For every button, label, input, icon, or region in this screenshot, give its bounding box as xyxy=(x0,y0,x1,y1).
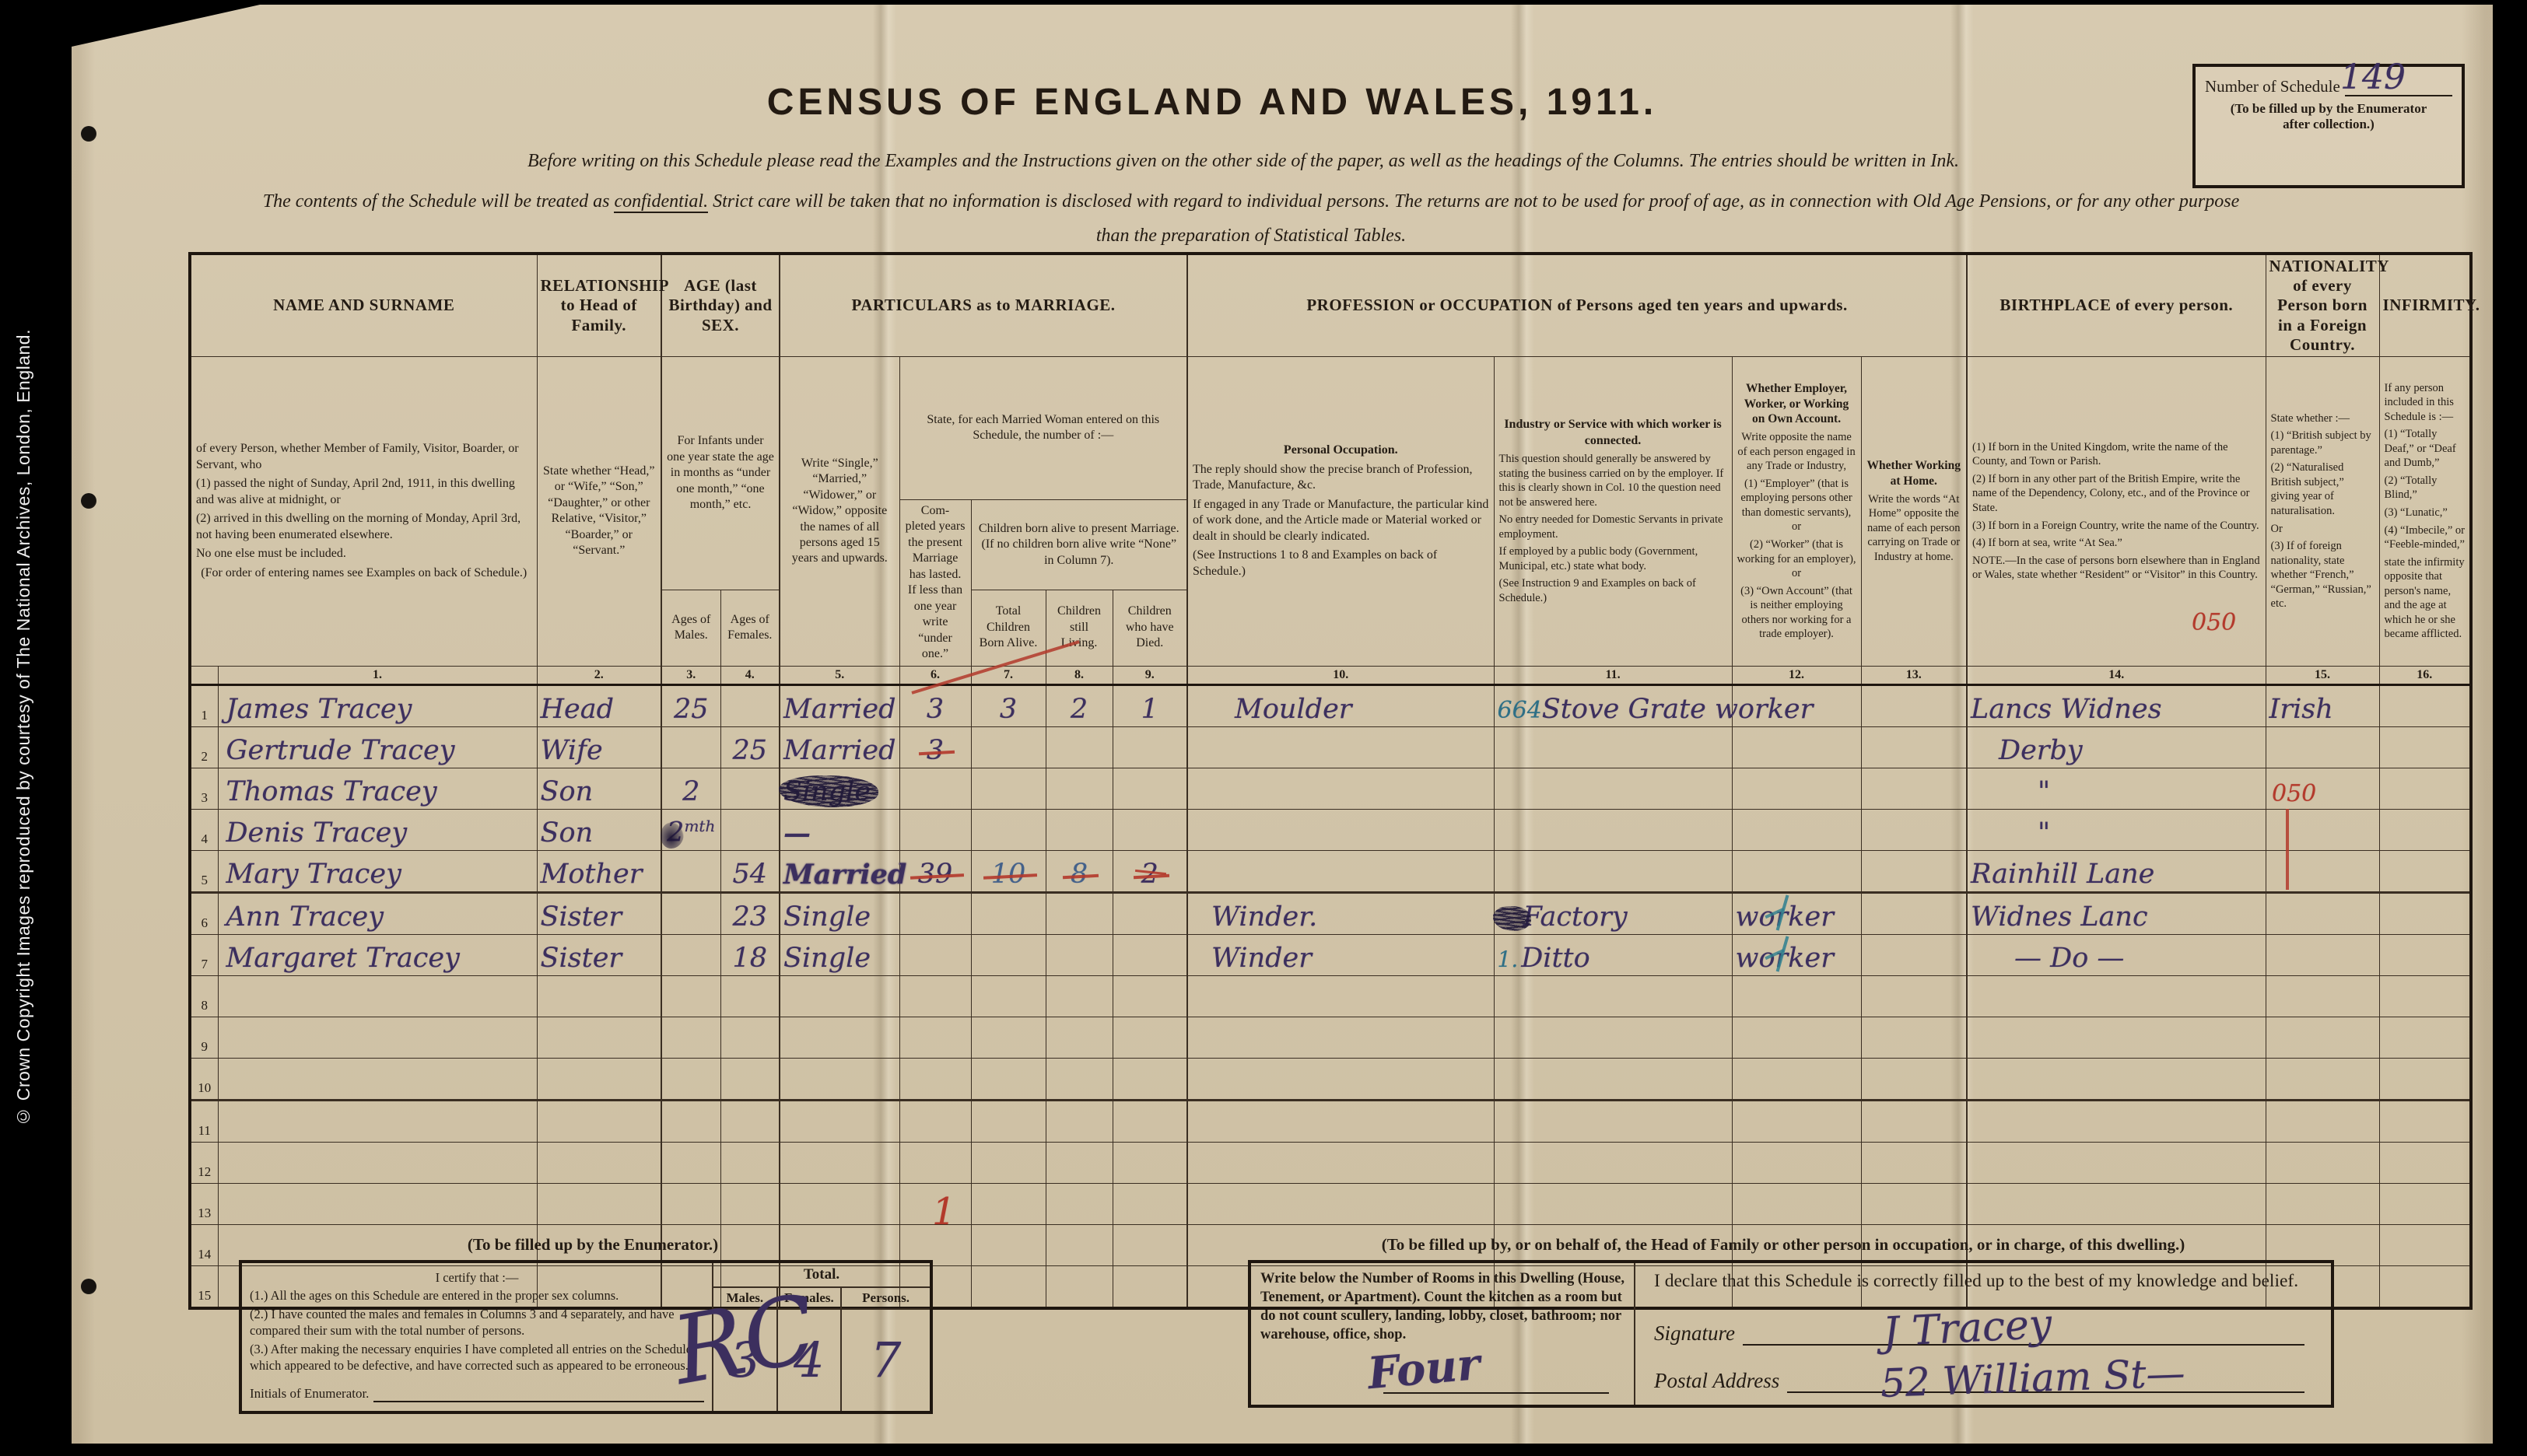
rooms-value[interactable]: Four xyxy=(1366,1342,1482,1395)
marital-entry: Married xyxy=(783,859,906,891)
census-table: NAME AND SURNAME RELATIONSHIP to Head of… xyxy=(188,252,2469,1310)
enumerator-box: I certify that :— (1.) All the ages on t… xyxy=(239,1260,933,1414)
children-born-instructions: Children born alive to present Marriage.… xyxy=(971,499,1187,590)
schedule-number-field[interactable]: 149 xyxy=(2345,75,2452,96)
clerk-code: 1. xyxy=(1498,947,1519,972)
table-row-empty[interactable]: 12 xyxy=(190,1142,2471,1183)
age-male-entry: 25 xyxy=(674,694,709,725)
instruction-line-3: than the preparation of Statistical Tabl… xyxy=(165,226,2337,247)
col-header-marriage-group: PARTICULARS as to MARRIAGE. xyxy=(780,254,1187,356)
schedule-note: (To be filled up by the Enumeratorafter … xyxy=(2205,101,2452,131)
personal-occupation-instructions: Personal Occupation. The reply should sh… xyxy=(1187,356,1494,666)
birthplace-entry: Rainhill Lane xyxy=(1971,859,2154,890)
marital-status-instructions: Write “Single,” “Married,” “Widower,” or… xyxy=(780,356,899,666)
col-header-birthplace: BIRTHPLACE of every person. xyxy=(1967,254,2266,356)
col-header-name: NAME AND SURNAME xyxy=(190,254,537,356)
schedule-number-box: Number of Schedule 149 (To be filled up … xyxy=(2192,64,2465,188)
table-row-empty[interactable]: 13 xyxy=(190,1183,2471,1224)
enumerator-initials: RC xyxy=(667,1283,822,1399)
rooms-instruction: Write below the Number of Rooms in this … xyxy=(1251,1263,1635,1405)
total-label: Total. xyxy=(713,1263,930,1288)
nationality-entry: Irish xyxy=(2269,694,2333,725)
table-row-empty[interactable]: 11 xyxy=(190,1100,2471,1142)
birthplace-entry: Lancs Widnes xyxy=(1971,694,2162,725)
postal-address-value: 52 William St— xyxy=(1880,1353,2186,1403)
instruction-line-1: Before writing on this Schedule please r… xyxy=(243,151,2244,172)
ages-females-header: Ages of Females. xyxy=(720,590,780,666)
col-header-age: AGE (last Birthday) and SEX. xyxy=(661,254,780,356)
age-male-entry-blotted: 2mth xyxy=(667,818,715,847)
enumerator-heading: (To be filled up by the Enumerator.) xyxy=(328,1235,857,1255)
name-entry: Mary Tracey xyxy=(226,859,401,890)
occupation-entry: Winder xyxy=(1211,943,1312,974)
industry-entry: Factory xyxy=(1523,901,1628,933)
punch-hole xyxy=(81,1279,96,1294)
birthplace-instructions: (1) If born in the United Kingdom, write… xyxy=(1967,356,2266,666)
industry-entry: Ditto xyxy=(1521,943,1589,974)
name-entry: Gertrude Tracey xyxy=(226,735,455,766)
marital-entry: Single xyxy=(783,901,871,933)
col-header-profession-group: PROFESSION or OCCUPATION of Persons aged… xyxy=(1187,254,1967,356)
children-died-entry: 1 xyxy=(1141,694,1158,725)
birthplace-ditto: " xyxy=(2038,776,2050,807)
age-female-entry: 25 xyxy=(732,735,767,766)
industry-entry: Stove Grate worker xyxy=(1542,694,1814,725)
at-home-instructions: Whether Working at Home. Write the words… xyxy=(1861,356,1967,666)
relationship-entry: Sister xyxy=(541,943,622,974)
birthplace-entry: Derby xyxy=(1999,735,2083,766)
column-number-row: 1.2. 3.4. 5.6.7. 8.9. 10.11.12. 13.14. 1… xyxy=(190,666,2471,684)
name-entry: Margaret Tracey xyxy=(226,943,460,974)
schedule-number-label: Number of Schedule xyxy=(2205,77,2340,96)
occupation-entry: Winder. xyxy=(1211,901,1317,933)
ages-males-header: Ages of Males. xyxy=(661,590,720,666)
name-entry: Denis Tracey xyxy=(226,817,408,849)
persons-header: Persons. xyxy=(842,1288,930,1310)
employer-worker-instructions: Whether Employer, Worker, or Working on … xyxy=(1732,356,1861,666)
children-total-header: Total Children Born Alive. xyxy=(971,590,1046,666)
enumerator-certification: I certify that :— (1.) All the ages on t… xyxy=(242,1263,713,1411)
initials-field[interactable] xyxy=(373,1385,704,1402)
table-row-empty[interactable]: 10 xyxy=(190,1058,2471,1100)
col-header-nationality: NATIONALITY of every Person born in a Fo… xyxy=(2266,254,2379,356)
age-male-entry: 2 xyxy=(682,776,699,807)
name-entry: James Tracey xyxy=(226,694,412,725)
employment-status-entry: worker xyxy=(1736,904,1834,931)
relationship-entry: Head xyxy=(541,694,615,725)
children-living-entry: 2 xyxy=(1071,694,1088,725)
birthplace-ditto: " xyxy=(2038,817,2050,849)
relationship-entry: Son xyxy=(541,776,594,807)
rooms-field-line xyxy=(1383,1392,1609,1394)
relationship-entry: Wife xyxy=(541,735,603,766)
overwrite-scribble xyxy=(1498,909,1523,929)
copyright-strip: © Crown Copyright Images reproduced by c… xyxy=(3,0,44,1456)
table-row[interactable]: 5 Mary Tracey Mother 54 Married 39 10 8 … xyxy=(190,850,2471,892)
punch-hole xyxy=(81,126,96,142)
years-married-entry-struck: 3 xyxy=(927,737,944,765)
relationship-entry: Mother xyxy=(541,859,643,890)
marriage-years-instructions: Com- pleted years the present Marriage h… xyxy=(899,499,971,666)
years-married-entry: 3 xyxy=(927,694,944,725)
declaration-box: Write below the Number of Rooms in this … xyxy=(1248,1260,2334,1408)
initials-label: Initials of Enumerator. xyxy=(250,1385,369,1402)
children-born-entry: 10 xyxy=(991,861,1026,888)
table-row-empty[interactable]: 8 xyxy=(190,975,2471,1017)
signature-value: J Tracey xyxy=(1882,1304,2053,1353)
relationship-entry: Sister xyxy=(541,901,622,933)
marital-entry: Single xyxy=(783,943,871,974)
postal-address-field[interactable]: 52 William St— xyxy=(1787,1371,2304,1393)
signature-field[interactable]: J Tracey xyxy=(1743,1324,2304,1346)
confidential-underlined: confidential. xyxy=(614,191,708,213)
children-living-entry: 8 xyxy=(1071,861,1088,888)
infirmity-instructions: If any person included in this Schedule … xyxy=(2379,356,2471,666)
name-column-instructions: of every Person, whether Member of Famil… xyxy=(190,356,537,666)
married-woman-instructions: State, for each Married Woman entered on… xyxy=(899,356,1187,499)
age-female-entry: 18 xyxy=(732,943,767,974)
relationship-instructions: State whether “Head,” or “Wife,” “Son,” … xyxy=(537,356,661,666)
table-row[interactable]: 1 James Tracey Head 25 Married 3 3 2 1 M… xyxy=(190,684,2471,726)
col-header-relationship: RELATIONSHIP to Head of Family. xyxy=(537,254,661,356)
occupation-entry: Moulder xyxy=(1235,694,1352,725)
children-died-entry-struck: 2 xyxy=(1141,861,1158,888)
table-row[interactable]: 4 Denis Tracey Son 2mth — " xyxy=(190,809,2471,850)
birthplace-entry: Widnes Lanc xyxy=(1971,901,2148,933)
children-living-header: Children still Living. xyxy=(1046,590,1113,666)
table-row[interactable]: 6 Ann Tracey Sister 23 Single Winder. Fa… xyxy=(190,892,2471,934)
children-born-entry: 3 xyxy=(1000,694,1017,725)
industry-instructions: Industry or Service with which worker is… xyxy=(1494,356,1732,666)
age-female-entry: 23 xyxy=(732,901,767,933)
page-title: CENSUS OF ENGLAND AND WALES, 1911. xyxy=(398,81,2026,124)
col-header-infirmity: INFIRMITY. xyxy=(2379,254,2471,356)
age-instructions: For Infants under one year state the age… xyxy=(661,356,780,590)
children-died-header: Children who have Died. xyxy=(1113,590,1187,666)
census-schedule-page: CENSUS OF ENGLAND AND WALES, 1911. Befor… xyxy=(72,5,2493,1444)
schedule-number-value: 149 xyxy=(2340,61,2406,95)
table-row[interactable]: 3 Thomas Tracey Son 2 Single " xyxy=(190,768,2471,809)
clerk-code: 664 xyxy=(1498,697,1542,724)
postal-address-label: Postal Address xyxy=(1654,1369,1779,1393)
table-row[interactable]: 7 Margaret Tracey Sister 18 Single Winde… xyxy=(190,934,2471,975)
name-entry: Ann Tracey xyxy=(226,901,384,933)
years-married-entry-struck: 39 xyxy=(918,861,953,888)
age-female-entry: 54 xyxy=(732,859,767,890)
marital-entry: Married xyxy=(783,694,895,725)
nationality-instructions: State whether :—(1) “British subject by … xyxy=(2266,356,2379,666)
declaration-statement-area: I declare that this Schedule is correctl… xyxy=(1635,1263,2331,1405)
copyright-text: © Crown Copyright Images reproduced by c… xyxy=(13,329,34,1127)
signature-label: Signature xyxy=(1654,1321,1735,1346)
marital-entry: — xyxy=(783,817,811,849)
table-row[interactable]: 2 Gertrude Tracey Wife 25 Married 3 Derb… xyxy=(190,726,2471,768)
instruction-line-2: The contents of the Schedule will be tre… xyxy=(165,191,2337,212)
table-row-empty[interactable]: 9 xyxy=(190,1017,2471,1058)
declaration-heading: (To be filled up by, or on behalf of, th… xyxy=(1215,1235,2351,1255)
name-entry: Thomas Tracey xyxy=(226,776,437,807)
birthplace-ditto: — Do — xyxy=(2014,943,2124,974)
punch-hole xyxy=(81,493,96,509)
declaration-text: I declare that this Schedule is correctl… xyxy=(1654,1271,2312,1292)
marital-entry-scribbled: Single xyxy=(783,779,871,806)
marital-entry: Married xyxy=(783,735,895,766)
relationship-entry: Son xyxy=(541,817,594,849)
persons-total[interactable]: 7 xyxy=(842,1310,930,1411)
employment-status-entry: worker xyxy=(1736,945,1834,972)
